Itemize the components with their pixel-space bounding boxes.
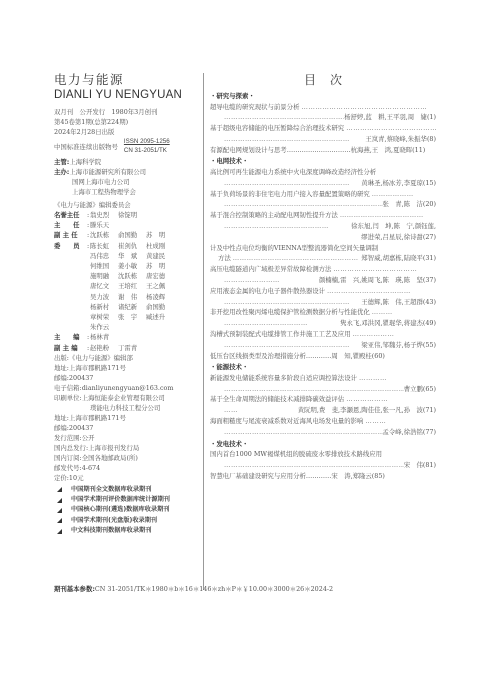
index-item: 中国期刊全文数据库收录期刊 [54, 485, 200, 495]
article-title: 有源配电网规划设计与思考 [210, 145, 287, 156]
board-name: 姜小敏 [118, 261, 146, 271]
board-name: 苏 明 [146, 230, 174, 240]
journal-title-cn: 电力与能源 [54, 72, 200, 88]
article-authors: 张 青,陈 洁 [383, 199, 423, 210]
publisher-email: 电子信箱:dianliyunengyuan@163.com [54, 383, 200, 393]
deputy-editor-name: 赵艳粉 [90, 343, 118, 353]
index-item: 中国核心期刊(遴选)数据库收录期刊 [54, 505, 200, 515]
indexed-databases: 中国期刊全文数据库收录期刊 中国学术期刊评价数据库统计源期刊 中国核心期刊(遴选… [54, 485, 200, 536]
board-role: 主 任 [54, 220, 87, 230]
index-label: 中文科技期刊数据库收录期刊 [71, 526, 151, 536]
article-authors: 杨舒婷,蓝 耕,王平羽,周 婕 [344, 112, 427, 123]
article-authors: 隽永飞,邓洪冈,瞿琨华,蒋建杰 [340, 318, 423, 329]
toc-entry[interactable]: 智慧电厂基础建设研究与应用分析…………宋 涛,郑隆云(85) [210, 471, 436, 482]
postal-code: 邮发代号:4-674 [54, 463, 200, 473]
leader-dots: ………… [357, 373, 436, 384]
leader-dots: ……………………………………………… [222, 297, 361, 308]
leader-dots: ……………………………………… [222, 221, 351, 232]
article-title: 基于超级电容储能的电压暂降综合治理技术研究 [210, 123, 344, 134]
article-page: (55) [423, 340, 436, 351]
toc-entry[interactable]: 低压台区线损类型及治理措施分析…………周 知,瞿殿桂(60) [210, 351, 436, 362]
article-page: (1) [427, 112, 436, 123]
article-authors: 徐东旭,闫 坤,陈 宁,颜钰莲, [351, 221, 436, 232]
serial-number-box: ISSN 2095-1256 CN 31-2051/TK [124, 138, 170, 155]
article-title: 超导电缆的研究现状与前景分析 [210, 102, 299, 113]
board-name: 滕乐天 [90, 220, 118, 230]
sponsor-line: 主管:上海科学院 [54, 157, 200, 167]
board-row-members: 委 员: 陈长虹崔剑仇杜成刚 [54, 241, 200, 251]
index-label: 中国学术期刊(光盘版)收录期刊 [71, 516, 157, 526]
board-members-row: 施明融沈跃栋唐宏德 [54, 271, 200, 281]
board-name: 冯伟忠 [90, 251, 118, 261]
printer-line: 印刷单位:上海恒能泰企业管理有限公司 [54, 393, 200, 403]
board-name: 何维国 [90, 261, 118, 271]
toc-section-heading: ・电网技术・ [210, 156, 436, 167]
toc-entry[interactable]: 基于混合控制策略的主动配电网韧性提升方法……………………………… …………………… [210, 210, 436, 242]
article-authors: 颜楠楠,雷 兴,姚周飞,陈 瑛,陈 坚 [319, 275, 423, 286]
toc-section-heading: ・发电技术・ [210, 439, 436, 450]
article-authors: 王德辉,陈 伟,王超群 [361, 297, 423, 308]
board-name: 沈跃栋 [118, 271, 146, 281]
organizer-line: 上海市工程热物理学会 [54, 187, 200, 197]
index-label: 中国期刊全文数据库收录期刊 [71, 485, 151, 495]
leader-dots: ……………… [344, 394, 436, 405]
article-page: (27) [423, 233, 436, 241]
organizer-line: 国网上海市电力公司 [54, 177, 200, 187]
board-name: 俞国勤 [146, 302, 174, 312]
toc-entry[interactable]: 基于超级电容储能的电压暂降综合治理技术研究……………………………………………… … [210, 123, 436, 145]
serial-number-label: 中国标准连续出版物号 [54, 142, 118, 151]
article-authors: 黄阮明,费 斐,李灏恩,陶佳佳,张一凡,孙 波 [298, 405, 423, 416]
toc-section-heading: ・研究与探索・ [210, 91, 436, 102]
article-title: 基于混合控制策略的主动配电网韧性提升方法 [210, 210, 338, 221]
article-title-cont: 方法 [218, 253, 231, 264]
publisher-line: 出版:《电力与能源》编辑部 [54, 353, 200, 363]
board-row-honorary-director: 名誉主任: 翁史烈徐锭明 [54, 210, 200, 220]
leader-dots: ……………………………………………………………………………… [222, 384, 404, 395]
toc-entry[interactable]: 高比例可再生能源电力系统中火电深度调峰改造经济性分析 …………………………………… [210, 167, 436, 189]
volume-issue: 第45卷第1期(总第224期) [54, 117, 200, 127]
board-name: 王之佩 [146, 281, 174, 291]
publisher-address: 地址:上海市郡帆路171号 [54, 363, 200, 373]
article-page: (43) [423, 297, 436, 308]
distribution-scope: 发行范围:公开 [54, 433, 200, 443]
toc-entry[interactable]: 非开挖用改性聚丙烯电缆保护管检测数据分析与性能优化……… ……………………………… [210, 307, 436, 329]
toc-entry[interactable]: 新能源发电储能系统容量多阶段自适应调控算法设计………… ………………………………… [210, 373, 436, 395]
article-page: (8) [427, 134, 436, 145]
leader-dots: ……………………………………………………………………………… [222, 460, 404, 471]
board-role: 委 员 [54, 241, 87, 251]
board-members-row: 吴力波谢 伟杨凌辉 [54, 292, 200, 302]
board-name: 翁史烈 [90, 210, 118, 220]
organizer-value: 上海市能源研究所有限公司 [69, 168, 146, 176]
triangle-bullet-icon [57, 508, 62, 513]
article-title: 高压电缆隧道内广域极差异常故障检测方法 [210, 264, 331, 275]
article-authors: 杭海燕,王 鸿,夏晓晖 [351, 145, 413, 156]
publisher-postcode: 邮编:200437 [54, 373, 200, 383]
article-page: (85) [372, 471, 385, 482]
board-members-row: 章树荣张 宇臧述升 [54, 312, 200, 322]
article-title: 非开挖用改性聚丙烯电缆保护管检测数据分析与性能优化 [210, 307, 370, 318]
board-name: 章树荣 [90, 312, 118, 322]
board-name: 沈跃栋 [90, 230, 118, 240]
article-page: (77) [423, 427, 436, 438]
article-title: 新能源发电储能系统容量多阶段自适应调控算法设计 [210, 373, 357, 384]
article-authors: 曹立鹏 [404, 384, 423, 395]
toc-entry[interactable]: 海面粗糙度与尾流衰减系数对近海风电场发电量的影响……… ………………………………… [210, 416, 436, 438]
sponsor-value: 上海科学院 [69, 158, 101, 166]
masthead-column: 电力与能源 DIANLI YU NENGYUAN 双月刊 公开发行 1980年3… [54, 72, 200, 536]
board-name: 朱作云 [90, 322, 118, 332]
board-name: 施明融 [90, 271, 118, 281]
toc-title: 目次 [210, 72, 436, 88]
price: 定价:10元 [54, 473, 200, 483]
board-name: 苏 明 [146, 261, 174, 271]
triangle-bullet-icon [57, 487, 62, 492]
organizer-line: 主办:上海市能源研究所有限公司 [54, 167, 200, 177]
toc-entry[interactable]: 沟槽式预制装配式电缆排管工作井施工工艺及应用……………… ……………………………… [210, 329, 436, 351]
article-title: 基于负荷场景的非住宅电力用户接入容量配置策略的研究 [210, 189, 370, 200]
board-members-row: 何维国姜小敏苏 明 [54, 261, 200, 271]
article-authors: 缪进荣,吕星辰,徐诗甜 [361, 233, 423, 241]
board-role: 副 主 编 [54, 343, 87, 353]
toc-entry[interactable]: 高压电缆隧道内广域极差异常故障检测方法……………………………… ……………………… [210, 264, 436, 286]
board-name: 华 斌 [118, 251, 146, 261]
article-page: (60) [372, 351, 385, 362]
article-page: (81) [423, 460, 436, 471]
index-label: 中国学术期刊评价数据库统计源期刊 [71, 495, 170, 505]
index-label: 中国核心期刊(遴选)数据库收录期刊 [71, 505, 169, 515]
toc-entry[interactable]: 计及中性点电位均衡的VIENNA型整流器简化空间矢量调制 方法………………………… [210, 243, 436, 265]
toc-entry[interactable]: 有源配电网规划设计与思考…………………………杭海燕,王 鸿,夏晓晖(11) [210, 145, 436, 156]
board-name: 俞国勤 [118, 230, 146, 240]
toc-entry[interactable]: 超导电缆的研究现状与前景分析……………………………………………… …………………… [210, 102, 436, 124]
article-page: (20) [423, 199, 436, 210]
board-name: 唐忆文 [90, 281, 118, 291]
deputy-editor-name: 丁雷青 [118, 343, 146, 353]
article-authors: 王岚青,蔡晓峰,朱振华 [365, 134, 427, 145]
publication-date: 2024年2月28日出版 [54, 127, 200, 137]
board-name: 吴力波 [90, 292, 118, 302]
toc-section-heading: ・能源技术・ [210, 362, 436, 373]
leader-dots: ……………… [351, 329, 436, 340]
leader-dots: ……………………………………………… [222, 178, 361, 189]
board-members-row: 杨新村诸纪新俞国勤 [54, 302, 200, 312]
leader-dots: ……………………………… [331, 264, 436, 275]
parameters-label: 期刊基本参数: [54, 585, 95, 593]
toc-entry[interactable]: 国内首台1000 MW褐煤机组的脱硫废水零排放技术路线应用 …………………………… [210, 449, 436, 471]
article-page: (37) [423, 275, 436, 286]
article-authors: 周 知,瞿殿桂 [331, 351, 371, 362]
journal-title-en: DIANLI YU NENGYUAN [54, 88, 200, 103]
index-item: 中文科技期刊数据库收录期刊 [54, 526, 200, 536]
leader-dots: ……………………………………………… [222, 112, 344, 123]
board-members-row: 朱作云 [54, 322, 200, 332]
column-divider [203, 73, 204, 590]
leader-dots: ……… [363, 416, 436, 427]
journal-page: 电力与能源 DIANLI YU NENGYUAN 双月刊 公开发行 1980年3… [0, 0, 480, 673]
article-title: 海面粗糙度与尾流衰减系数对近海风电场发电量的影响 [210, 416, 363, 427]
board-name: 陈长虹 [90, 241, 118, 251]
board-name: 唐宏德 [146, 271, 174, 281]
toc-entry[interactable]: 应用液态金属的电力电子器件散热器设计……………………………… ………………………… [210, 286, 436, 308]
article-title: 低压台区线损类型及治理措施分析 [210, 351, 306, 362]
article-authors: 黄琳圣,杨冰芳,李夏琼 [361, 178, 423, 189]
board-name: 黄建民 [146, 251, 174, 261]
printer-postcode: 邮编:200437 [54, 423, 200, 433]
printer-branch: 璞能电力科技工程分公司 [54, 403, 200, 413]
triangle-bullet-icon [57, 518, 62, 523]
leader-dots: ……………………………………………… [222, 340, 361, 351]
editor-in-chief-row: 主 编: 杨林青 [54, 332, 200, 342]
board-name: 谢 伟 [118, 292, 146, 302]
leader-dots: ……………………………………………………………… [222, 199, 383, 210]
leader-dots: ……… [370, 307, 436, 318]
triangle-bullet-icon [57, 498, 62, 503]
domestic-distributor: 国内总发行:上海市报刊发行局 [54, 443, 200, 453]
leader-dots: ……………… [370, 189, 436, 200]
board-row-director: 主 任: 滕乐天 [54, 220, 200, 230]
article-page: (15) [423, 178, 436, 189]
cn-number: CN 31-2051/TK [124, 147, 170, 156]
article-authors: 梁亚伟,邹魏芬,杨子烨 [361, 340, 423, 351]
leader-dots: ……………………………………………… [222, 134, 365, 145]
article-authors: 宋 伟 [404, 460, 423, 471]
leader-dots: …… [222, 405, 298, 416]
parameters-value: CN 31-2051/TK＊1980＊b＊16＊146＊zh＊P＊￥10.00＊… [95, 585, 333, 593]
board-name: 诸纪新 [118, 302, 146, 312]
article-page: (11) [412, 145, 425, 156]
editorial-board-heading: 《电力与能源》编辑委员会 [54, 200, 200, 210]
organizer-label: 主办 [54, 168, 67, 176]
article-title: 计及中性点电位均衡的VIENNA型整流器简化空间矢量调制 [210, 243, 378, 254]
editor-name: 杨林青 [90, 332, 109, 342]
issn-number: ISSN 2095-1256 [124, 138, 170, 147]
domestic-subscription: 国内订阅:全国各地邮政局(所) [54, 453, 200, 463]
article-title: 国内首台1000 MW褐煤机组的脱硫废水零排放技术路线应用 [210, 449, 382, 460]
article-title: 高比例可再生能源电力系统中火电深度调峰改造经济性分析 [210, 167, 376, 178]
board-role: 名誉主任 [54, 210, 87, 220]
toc-entry[interactable]: 基于负荷场景的非住宅电力用户接入容量配置策略的研究……………… ……………………… [210, 189, 436, 211]
board-members-row: 唐忆文王培红王之佩 [54, 281, 200, 291]
toc-entry[interactable]: 基于全生命周期法的储能技术减排降碳效益评估……………… ……黄阮明,费 斐,李灏… [210, 394, 436, 416]
article-authors: 郑智威,胡嘉栋,陆晓平 [361, 253, 423, 264]
article-title: 智慧电厂基础建设研究与应用分析 [210, 471, 306, 482]
article-page: (49) [423, 318, 436, 329]
board-name: 徐锭明 [118, 210, 146, 220]
leader-dots: ……………………………… [222, 318, 340, 329]
triangle-bullet-icon [57, 529, 62, 534]
board-members-row: 冯伟忠华 斌黄建民 [54, 251, 200, 261]
article-page: (31) [423, 253, 436, 264]
board-name: 臧述升 [146, 312, 174, 322]
board-name: 杨新村 [90, 302, 118, 312]
deputy-editor-row: 副 主 编: 赵艳粉丁雷青 [54, 343, 200, 353]
board-name: 杨凌辉 [146, 292, 174, 302]
board-name: 崔剑仇 [118, 241, 146, 251]
article-authors: 孟令峰,徐浩铭 [383, 427, 423, 438]
article-page: (65) [423, 384, 436, 395]
leader-dots: ……………………………………………………………… [222, 427, 383, 438]
article-page: (71) [423, 405, 436, 416]
board-role: 副 主 任 [54, 230, 87, 240]
index-item: 中国学术期刊(光盘版)收录期刊 [54, 516, 200, 526]
article-title: 应用液态金属的电力电子器件散热器设计 [210, 286, 325, 297]
leader-dots: ……………………………… [325, 286, 436, 297]
sponsor-label: 主管 [54, 158, 67, 166]
index-item: 中国学术期刊评价数据库统计源期刊 [54, 495, 200, 505]
printer-address: 地址:上海市郡帆路171号 [54, 413, 200, 423]
board-row-deputy-director: 副 主 任: 沈跃栋俞国勤苏 明 [54, 230, 200, 240]
leader-dots: ………… [306, 471, 332, 482]
leader-dots: ……………………………………………… [344, 123, 436, 134]
leader-dots: …………………… [222, 275, 319, 286]
table-of-contents: 目次 ・研究与探索・ 超导电缆的研究现状与前景分析………………………………………… [210, 72, 436, 482]
article-title: 基于全生命周期法的储能技术减排降碳效益评估 [210, 394, 344, 405]
board-name: 杜成刚 [146, 241, 174, 251]
article-title: 沟槽式预制装配式电缆排管工作井施工工艺及应用 [210, 329, 351, 340]
leader-dots: ……………………………………………… [231, 253, 362, 264]
article-authors: 宋 涛,郑隆云 [331, 471, 371, 482]
leader-dots: ………………………… [287, 145, 351, 156]
leader-dots: ……………………………… [338, 210, 436, 221]
board-name: 张 宇 [118, 312, 146, 322]
serial-number-row: 中国标准连续出版物号 ISSN 2095-1256 CN 31-2051/TK [54, 138, 200, 155]
leader-dots: ………… [306, 351, 332, 362]
board-name: 王培红 [118, 281, 146, 291]
journal-basic-parameters: 期刊基本参数:CN 31-2051/TK＊1980＊b＊16＊146＊zh＊P＊… [54, 584, 333, 593]
publication-frequency: 双月刊 公开发行 1980年3月创刊 [54, 107, 200, 117]
leader-dots: ……………………………………………… [299, 102, 436, 113]
board-role: 主 编 [54, 332, 87, 342]
